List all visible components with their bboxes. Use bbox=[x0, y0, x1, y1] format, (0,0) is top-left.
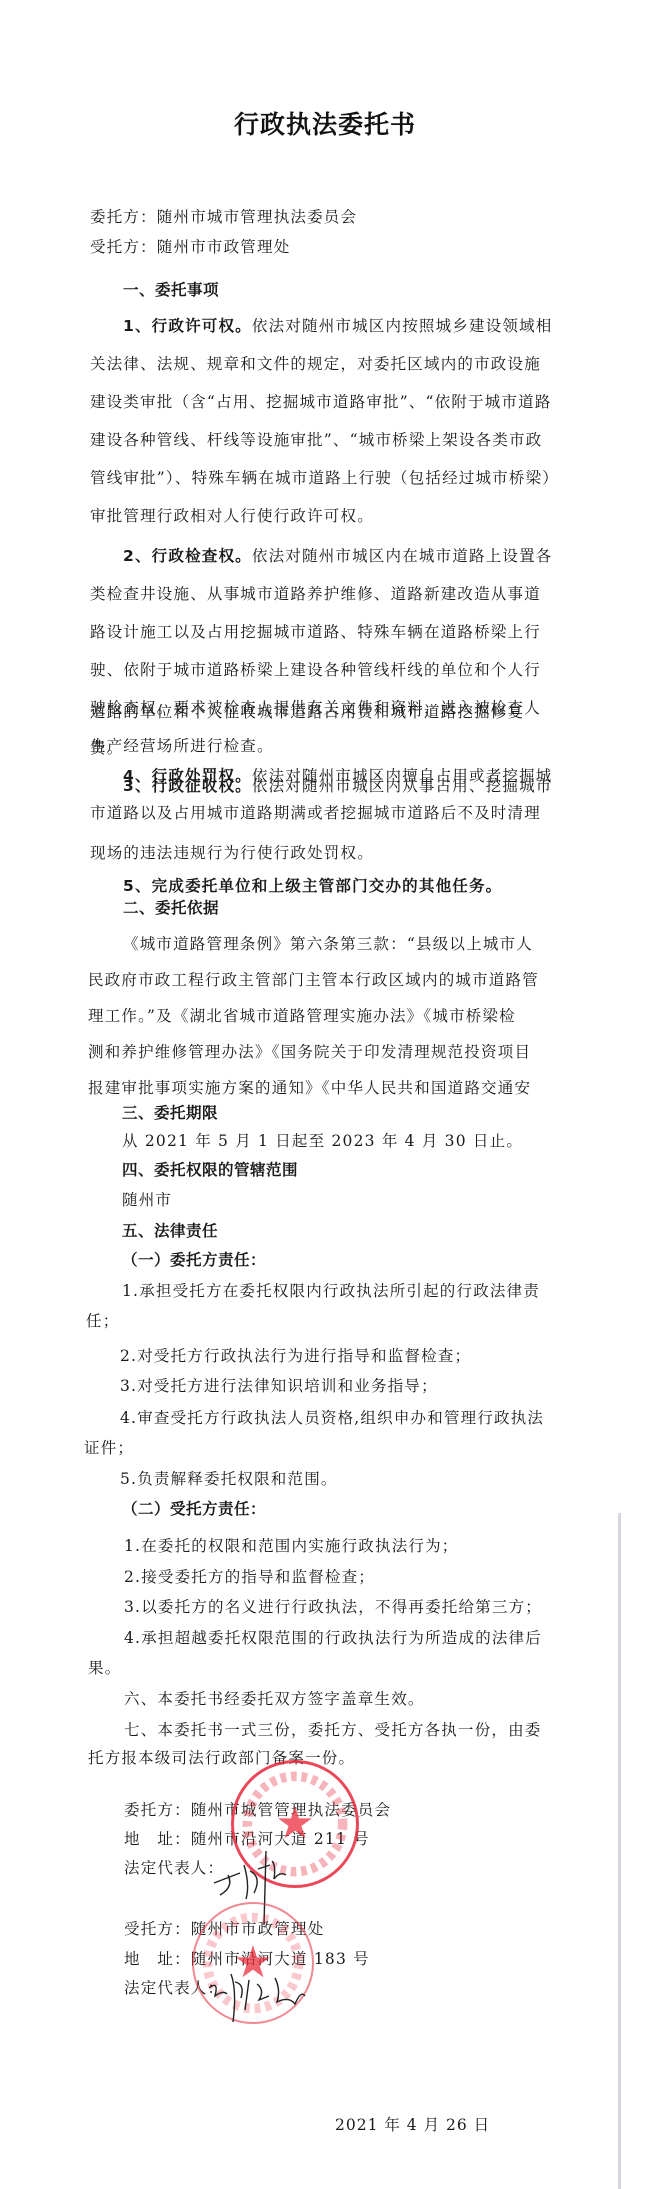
entrusting-duties-heading: （一）委托方责任： bbox=[122, 1250, 266, 1270]
document-page: 行政执法委托书 委托方：随州市城市管理执法委员会 受托方：随州市市政管理处 一、… bbox=[0, 0, 650, 2189]
duty-line: 3.以委托方的名义进行行政执法，不得再委托给第三方； bbox=[124, 1597, 542, 1617]
item-2-line: 路设计施工以及占用挖掘城市道路、特殊车辆在道路桥梁上行 bbox=[90, 622, 541, 642]
duty-line: 2.接受委托方的指导和监督检查； bbox=[124, 1567, 375, 1587]
item-1-lead: 1、行政许可权。 bbox=[123, 317, 252, 335]
item-4-first-line: 4、行政处罚权。依法对随州市城区内擅自占用或者挖掘城 bbox=[123, 766, 553, 786]
duty-line: 证件； bbox=[84, 1438, 134, 1458]
section-2-heading: 二、委托依据 bbox=[123, 898, 219, 918]
item-2-first-line: 2、行政检查权。依法对随州市城区内在城市道路上设置各 bbox=[123, 546, 553, 566]
term-text: 从 2021 年 5 月 1 日起至 2023 年 4 月 30 日止。 bbox=[122, 1131, 523, 1151]
item-2-line: 驶、依附于城市道路桥梁上建设各种管线杆线的单位和个人行 bbox=[90, 660, 541, 680]
item-1-line: 建设各种管线、杆线等设施审批”、“城市桥梁上架设各类市政 bbox=[90, 430, 542, 450]
basis-line: 《城市道路管理条例》第六条第三款：“县级以上城市人 bbox=[123, 934, 533, 954]
duty-line: 任； bbox=[86, 1311, 119, 1331]
duty-line: 1.在委托的权限和范围内实施行政执法行为； bbox=[124, 1536, 459, 1556]
duty-line: 5.负责解释委托权限和范围。 bbox=[120, 1469, 338, 1489]
item-4-text: 依法对随州市城区内擅自占用或者挖掘城 bbox=[252, 767, 553, 785]
duty-line: 果。 bbox=[88, 1658, 121, 1678]
item-5: 5、完成委托单位和上级主管部门交办的其他任务。 bbox=[123, 876, 502, 896]
document-title: 行政执法委托书 bbox=[0, 105, 650, 141]
section-5-heading: 五、法律责任 bbox=[122, 1221, 218, 1241]
basis-line: 民政府市政工程行政主管部门主管本行政区域内的城市道路管 bbox=[88, 970, 539, 990]
item-2-line: 类检查井设施、从事城市道路养护维修、道路新建改造从事道 bbox=[90, 584, 541, 604]
entrusted-signature bbox=[205, 1960, 325, 2030]
duty-line: 2.对受托方行政执法行为进行指导和监督检查； bbox=[120, 1346, 471, 1366]
item-3-line-2: 道路的单位和个人征收城市道路占用费和城市道路挖掘修复 bbox=[90, 702, 524, 722]
basis-line: 理工作。”及《湖北省城市道路管理实施办法》《城市桥梁检 bbox=[88, 1006, 516, 1026]
issue-date: 2021 年 4 月 26 日 bbox=[335, 2113, 490, 2135]
item-2-lead: 2、行政检查权。 bbox=[123, 547, 252, 565]
section-1-heading: 一、委托事项 bbox=[123, 280, 219, 300]
item-1-text: 依法对随州市城区内按照城乡建设领域相 bbox=[252, 317, 553, 335]
basis-line: 测和养护维修管理办法》《国务院关于印发清理规范投资项目 bbox=[88, 1042, 531, 1062]
scan-margin-line bbox=[618, 1513, 621, 2189]
item-2-text: 依法对随州市城区内在城市道路上设置各 bbox=[252, 547, 553, 565]
section-3-heading: 三、委托期限 bbox=[122, 1103, 218, 1123]
duty-line: 4.承担超越委托权限范围的行政执法行为所造成的法律后 bbox=[124, 1628, 542, 1648]
section-7-line: 七、本委托书一式三份，委托方、受托方各执一份，由委 bbox=[124, 1720, 542, 1740]
entrusted-duties-heading: （二）受托方责任： bbox=[122, 1499, 266, 1519]
section-4-heading: 四、委托权限的管辖范围 bbox=[122, 1160, 298, 1180]
item-1-first-line: 1、行政许可权。依法对随州市城区内按照城乡建设领域相 bbox=[123, 316, 553, 336]
basis-line: 报建审批事项实施方案的通知》《中华人民共和国道路交通安 bbox=[88, 1078, 531, 1098]
item-3-line-3: 费。 bbox=[90, 738, 123, 758]
section-6: 六、本委托书经委托双方签字盖章生效。 bbox=[124, 1689, 425, 1709]
item-4-lead: 4、行政处罚权。 bbox=[123, 767, 252, 785]
duty-line: 1.承担受托方在委托权限内行政执法所引起的行政法律责 bbox=[122, 1281, 540, 1301]
item-1-line: 关法律、法规、规章和文件的规定，对委托区域内的市政设施 bbox=[90, 354, 541, 374]
entrusting-party: 委托方：随州市城市管理执法委员会 bbox=[90, 207, 357, 227]
jurisdiction-text: 随州市 bbox=[122, 1190, 172, 1210]
duty-line: 4.审查受托方行政执法人员资格,组织申办和管理行政执法 bbox=[120, 1408, 544, 1428]
item-4-line: 现场的违法违规行为行使行政处罚权。 bbox=[90, 843, 374, 863]
item-1-line: 审批管理行政相对人行使行政许可权。 bbox=[90, 506, 374, 526]
item-4-line: 市道路以及占用城市道路期满或者挖掘城市道路后不及时清理 bbox=[90, 803, 541, 823]
entrusted-party: 受托方：随州市市政管理处 bbox=[90, 237, 290, 257]
item-1-line: 建设类审批（含“占用、挖掘城市道路审批”、“依附于城市道路 bbox=[90, 392, 552, 412]
item-1-line: 管线审批”）、特殊车辆在城市道路上行驶（包括经过城市桥梁） bbox=[90, 468, 559, 488]
duty-line: 3.对受托方进行法律知识培训和业务指导； bbox=[120, 1376, 438, 1396]
